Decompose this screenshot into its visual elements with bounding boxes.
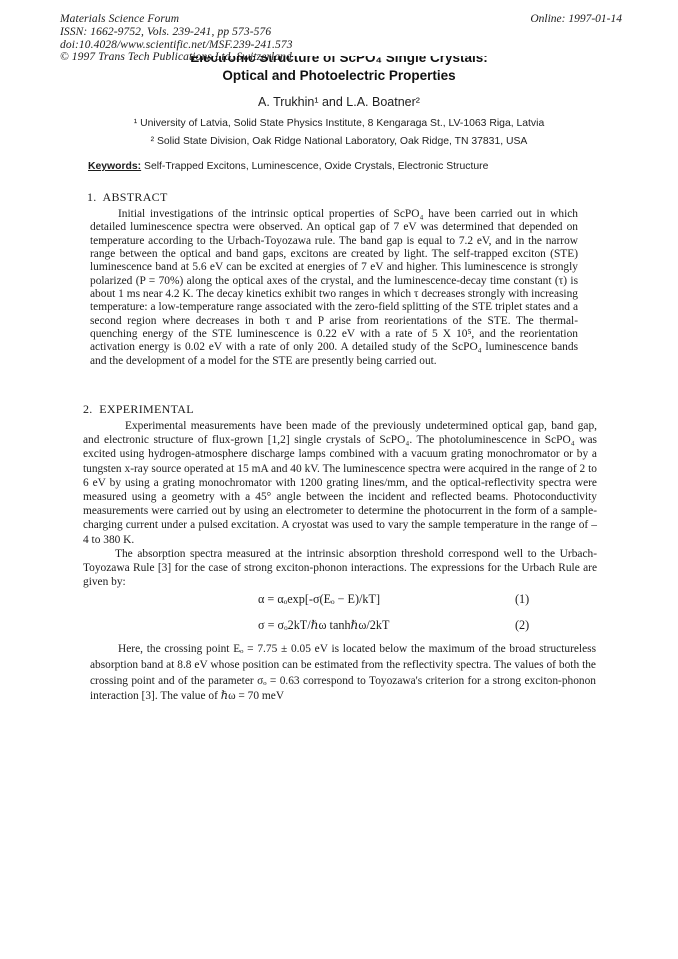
paper-title-line1-clipped: Electronic Structure of ScPO₄ Single Cry… bbox=[0, 56, 678, 66]
affiliation-2: ² Solid State Division, Oak Ridge Nation… bbox=[0, 136, 678, 147]
doi-line: doi:10.4028/www.scientific.net/MSF.239-2… bbox=[60, 39, 293, 52]
keywords-line: Keywords: Self-Trapped Excitons, Lumines… bbox=[88, 161, 618, 172]
experimental-paragraph-1: Experimental measurements have been made… bbox=[83, 419, 597, 547]
experimental-section: Experimental measurements have been made… bbox=[83, 419, 597, 589]
equation-2: σ = σₒ2kT/ℏω tanhℏω/2kT bbox=[258, 618, 389, 633]
authors-line: A. Trukhin¹ and L.A. Boatner² bbox=[0, 95, 678, 109]
keywords-list: Self-Trapped Excitons, Luminescence, Oxi… bbox=[141, 161, 488, 172]
equation-1-row: α = αₒexp[-σ(Eₒ − E)/kT] (1) bbox=[0, 592, 678, 610]
experimental-heading: 2. EXPERIMENTAL bbox=[83, 402, 194, 417]
equation-1: α = αₒexp[-σ(Eₒ − E)/kT] bbox=[258, 592, 380, 607]
equation-2-number: (2) bbox=[515, 618, 529, 633]
journal-name: Materials Science Forum bbox=[60, 13, 293, 26]
experimental-paragraph-3: Here, the crossing point Eₒ = 7.75 ± 0.0… bbox=[90, 642, 596, 705]
keywords-label: Keywords: bbox=[88, 161, 141, 172]
paper-page: Materials Science Forum ISSN: 1662-9752,… bbox=[0, 0, 678, 959]
paper-title-line2: Optical and Photoelectric Properties bbox=[0, 68, 678, 83]
online-date: Online: 1997-01-14 bbox=[530, 13, 622, 25]
issn-line: ISSN: 1662-9752, Vols. 239-241, pp 573-5… bbox=[60, 26, 293, 39]
equation-1-number: (1) bbox=[515, 592, 529, 607]
equation-2-row: σ = σₒ2kT/ℏω tanhℏω/2kT (2) bbox=[0, 618, 678, 636]
abstract-paragraph: Initial investigations of the intrinsic … bbox=[90, 208, 578, 368]
abstract-heading: 1. ABSTRACT bbox=[87, 190, 168, 205]
affiliation-1: ¹ University of Latvia, Solid State Phys… bbox=[0, 118, 678, 129]
experimental-paragraph-2: The absorption spectra measured at the i… bbox=[83, 547, 597, 590]
